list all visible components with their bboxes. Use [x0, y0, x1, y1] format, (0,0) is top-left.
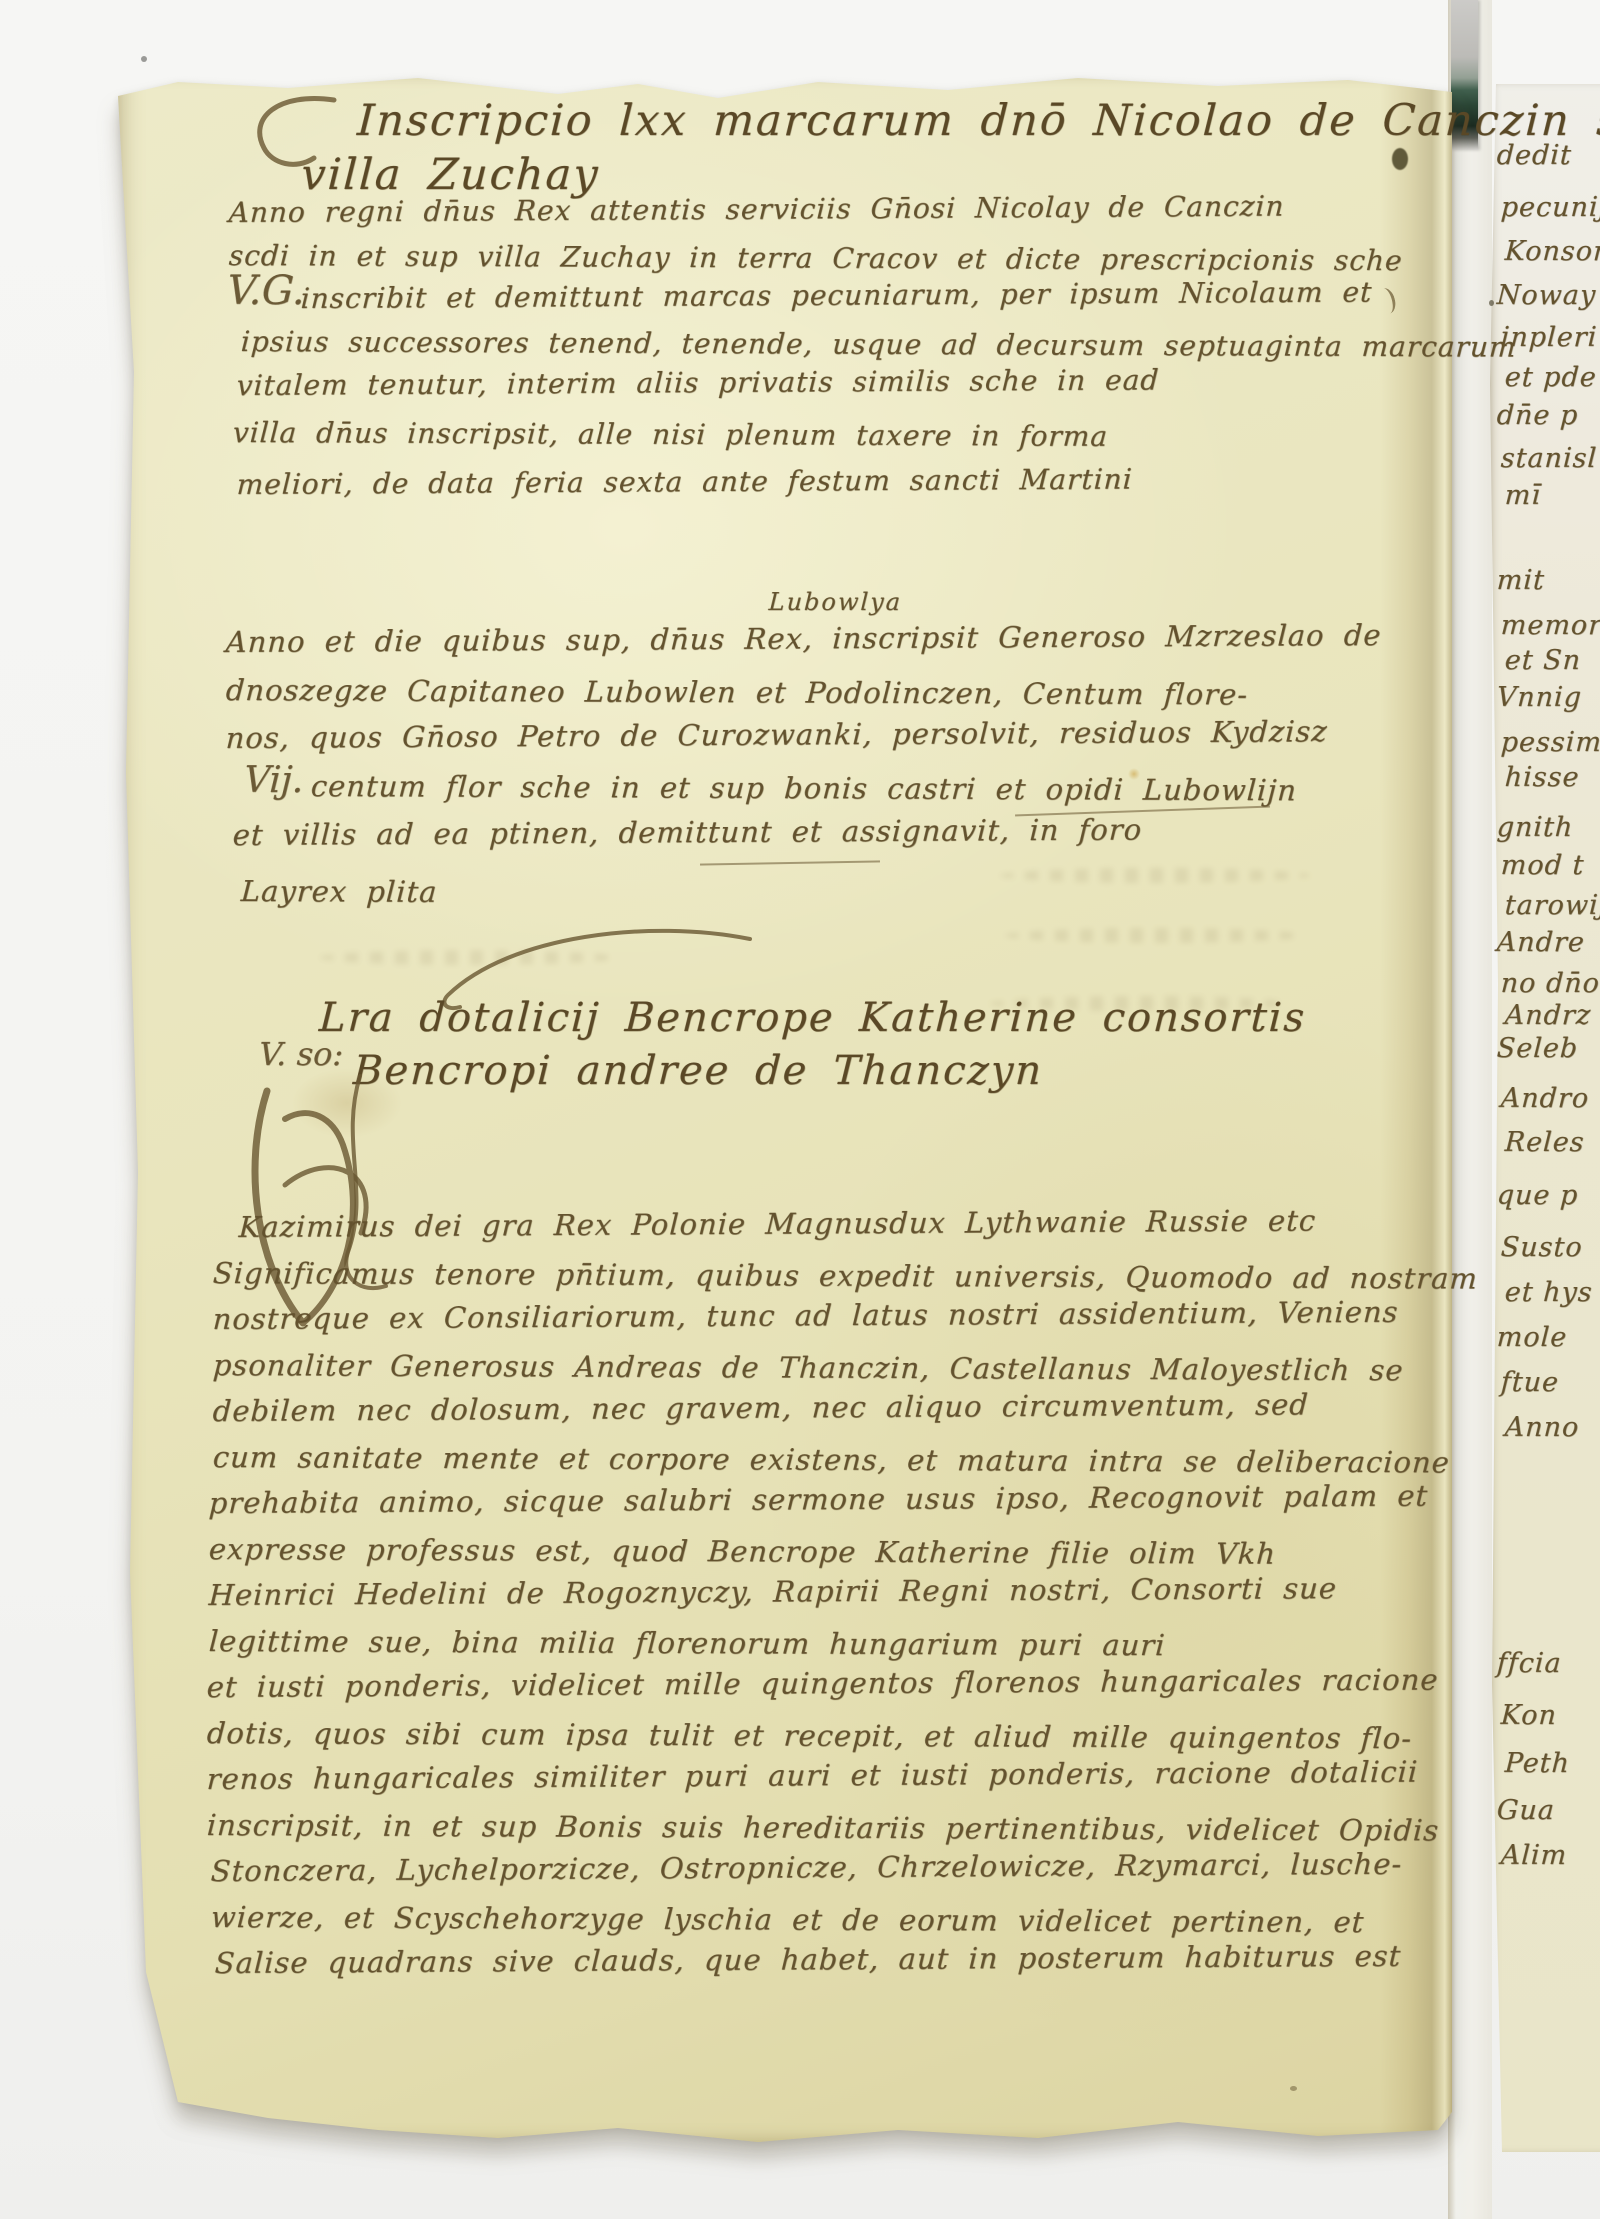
manuscript-line: Kazimirus dei gra Rex Polonie Magnusdux …	[238, 1203, 1317, 1244]
manuscript-line: vitalem tenutur, interim aliis privatis …	[236, 363, 1160, 402]
manuscript-line: meliori, de data feria sexta ante festum…	[236, 463, 1133, 501]
manuscript-line: dnoszegze Capitaneo Lubowlen et Podolinc…	[225, 673, 1249, 711]
manuscript-line: ipsius successores tenend, tenende, usqu…	[240, 325, 1518, 364]
facing-line-fragment: Alim	[1500, 1840, 1568, 1871]
facing-line-fragment: Susto	[1500, 1232, 1583, 1263]
show-through	[1000, 868, 1310, 883]
manuscript-line: scdi in et sup villa Zuchay in terra Cra…	[228, 239, 1404, 277]
show-through	[1005, 928, 1305, 943]
manuscript-line: Anno regni dn̄us Rex attentis serviciis …	[228, 190, 1285, 229]
facing-line-fragment: Reles	[1504, 1127, 1585, 1158]
facing-line-fragment: mī	[1504, 480, 1542, 511]
entry1-margin-note: V.G.	[226, 268, 306, 314]
facing-line-fragment: hisse	[1504, 762, 1580, 793]
facing-line-fragment: Gua	[1496, 1795, 1556, 1826]
small-speck	[1290, 2086, 1297, 2091]
manuscript-line: debilem nec dolosum, nec gravem, nec ali…	[212, 1387, 1310, 1428]
background-speck	[141, 56, 147, 62]
facing-line-fragment: Anno	[1504, 1412, 1580, 1443]
manuscript-line: nos, quos Gn̄oso Petro de Curozwanki, pe…	[225, 714, 1329, 755]
facing-line-fragment: gnith	[1496, 812, 1574, 843]
facing-line-fragment: mole	[1496, 1322, 1568, 1353]
manuscript-line: Stonczera, Lychelporzicze, Ostropnicze, …	[210, 1847, 1403, 1888]
facing-line-fragment: ffcia	[1496, 1648, 1562, 1679]
manuscript-line: wierze, et Scyschehorzyge lyschia et de …	[210, 1900, 1365, 1939]
facing-line-fragment: Andro	[1500, 1083, 1590, 1114]
facing-line-fragment: Peth	[1504, 1748, 1571, 1779]
manuscript-line: nostreque ex Consiliariorum, tunc ad lat…	[212, 1295, 1399, 1336]
facing-line-fragment: memor	[1500, 610, 1600, 641]
entry3-heading-line1: Lra dotalicij Bencrope Katherine consort…	[318, 995, 1307, 1041]
manuscript-line: inscripsit, in et sup Bonis suis heredit…	[206, 1808, 1440, 1847]
manuscript-line: dotis, quos sibi cum ipsa tulit et recep…	[206, 1716, 1413, 1755]
facing-line-fragment: stanisl	[1500, 443, 1598, 474]
entry1-heading-line1: Inscripcio lxx marcarum dnō Nicolao de C…	[356, 96, 1600, 146]
facing-line-fragment: Vnnig	[1496, 682, 1583, 713]
facing-line-fragment: mit	[1496, 565, 1546, 596]
entry3-margin-note: V. so:	[258, 1035, 344, 1073]
entry2-margin-note: Vij.	[243, 760, 305, 801]
manuscript-line: expresse professus est, quod Bencrope Ka…	[208, 1532, 1277, 1571]
manuscript-line: inscribit et demittunt marcas pecuniarum…	[300, 275, 1373, 315]
manuscript-line: Anno et die quibus sup, dn̄us Rex, inscr…	[225, 618, 1382, 659]
facing-line-fragment: Kon	[1500, 1700, 1558, 1731]
facing-line-fragment: et Sn	[1504, 645, 1582, 676]
entry3-heading-line2: Bencropi andree de Thanczyn	[352, 1048, 1044, 1094]
facing-line-fragment: mod t	[1500, 850, 1585, 881]
manuscript-scan: { "page": { "ink_color": "#63522e", "pap…	[0, 0, 1600, 2219]
entry1-heading-line2: villa Zuchay	[300, 150, 601, 200]
manuscript-line: et villis ad ea ptinen, demittunt et ass…	[232, 812, 1143, 852]
manuscript-line: centum flor sche in et sup bonis castri …	[310, 769, 1298, 807]
facing-line-fragment: tarowij	[1504, 890, 1600, 921]
facing-line-fragment: dn̄e p	[1496, 400, 1579, 431]
manuscript-line: legittime sue, bina milia florenorum hun…	[208, 1624, 1166, 1662]
manuscript-line: psonaliter Generosus Andreas de Thanczin…	[212, 1348, 1405, 1387]
facing-line-fragment: que p	[1496, 1180, 1579, 1211]
entry2-heading: Lubowlya	[768, 588, 903, 616]
facing-line-fragment: Andre	[1496, 927, 1586, 958]
facing-line-fragment: et pde	[1504, 362, 1598, 393]
manuscript-line: villa dn̄us inscripsit, alle nisi plenum…	[232, 416, 1109, 453]
facing-page-speck	[1489, 300, 1494, 306]
facing-line-fragment: et hys	[1504, 1277, 1594, 1308]
manuscript-line: Heinrici Hedelini de Rogoznyczy, Rapirii…	[208, 1571, 1338, 1612]
manuscript-line: cum sanitate mente et corpore existens, …	[212, 1440, 1451, 1479]
manuscript-line: Salise quadrans sive clauds, que habet, …	[214, 1939, 1402, 1980]
manuscript-line: Layrex plita	[240, 874, 438, 909]
ink-blot	[1392, 148, 1408, 170]
facing-line-fragment: Andrz	[1504, 1000, 1592, 1031]
facing-line-fragment: ftue	[1500, 1367, 1560, 1398]
facing-line-fragment: Konsort	[1504, 236, 1600, 267]
facing-line-fragment: pessimi	[1500, 727, 1600, 758]
facing-line-fragment: Seleb	[1496, 1033, 1579, 1064]
facing-line-fragment: no dn̄o	[1500, 968, 1600, 999]
manuscript-line: Significamus tenore pn̄tium, quibus expe…	[212, 1256, 1479, 1296]
facing-line-fragment: Noway	[1496, 280, 1597, 311]
facing-line-fragment: pecunij	[1500, 192, 1600, 223]
